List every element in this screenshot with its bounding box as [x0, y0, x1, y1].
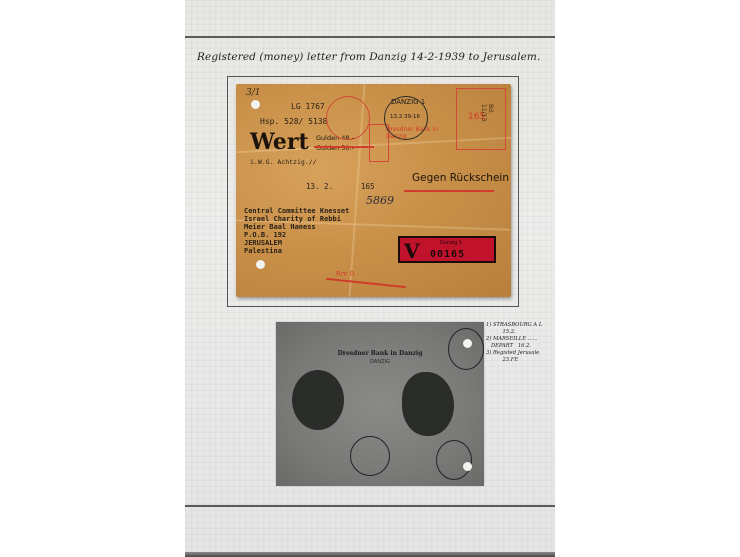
album-page: Registered (money) letter from Danzig 14… [185, 0, 555, 557]
date-line: 13. 2. [306, 182, 333, 191]
top-rule [185, 36, 555, 38]
wax-seal-left [292, 370, 344, 430]
registration-label: V Danzig 1 00165 [398, 236, 496, 263]
number-line: 165 [361, 182, 375, 191]
reference-1: LG 1767 [291, 102, 325, 111]
bottom-rule [185, 505, 555, 507]
handwritten-number: 5869 [366, 194, 394, 207]
red-postmark [326, 96, 370, 140]
red-strike [314, 146, 374, 148]
red-underline-2 [326, 278, 406, 288]
postmark-city: DANZIG 1 [391, 98, 425, 106]
punch-hole [256, 260, 265, 269]
corner-note: 3/1 [246, 88, 260, 98]
postmark-bottom-center [350, 436, 390, 476]
postmark-bottom-right [436, 440, 472, 480]
postmark-top-right [448, 328, 484, 370]
value-label: Wert [250, 129, 309, 155]
reference-2: Hsp. 528/ 5138 [260, 117, 327, 126]
postmark-date: 13.2.39-16 [390, 114, 420, 120]
punch-hole [251, 100, 260, 109]
page-edge [185, 552, 555, 557]
wax-seal-right [402, 372, 454, 436]
red-underline [404, 190, 494, 192]
punch-hole [463, 462, 472, 471]
address-block: Central Committee Knesset Israel Charity… [244, 207, 349, 255]
registration-note: Gegen Rückschein [412, 172, 509, 184]
iwg-line: i.W.G. Achtzig.// [250, 158, 317, 166]
punch-hole [463, 339, 472, 348]
page-title: Registered (money) letter from Danzig 14… [197, 51, 540, 63]
side-text: Bd. 11/13. [480, 104, 494, 123]
front-cover[interactable]: 3/1 LG 1767 Hsp. 528/ 5138 Wert Gulden 4… [236, 84, 511, 297]
back-cover-photo[interactable]: Dresdner Bank in Danzig DANZIG [276, 322, 484, 486]
red-mark: Rm 0 [336, 270, 354, 278]
routing-notes: 1) STRASBOURG A L 15.2. 2) MARSEILLE ...… [486, 322, 542, 364]
